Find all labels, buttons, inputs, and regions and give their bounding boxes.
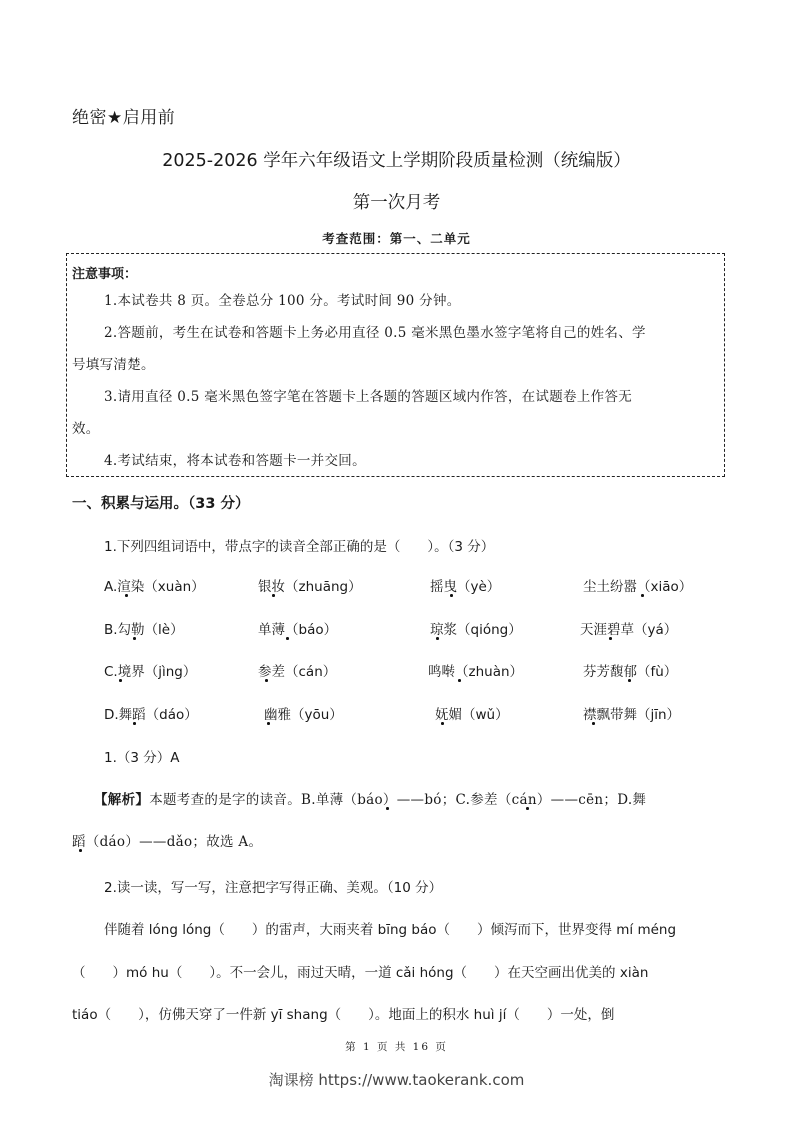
- section-heading: 一、积累与运用。（33 分）: [72, 492, 249, 513]
- emphasis-dot: [265, 679, 268, 682]
- notice-line-3-cont: 效。: [72, 423, 100, 437]
- question-1-answer: 1.（3 分）A: [104, 746, 180, 766]
- emphasis-dot: [441, 722, 444, 725]
- emphasis-dot: [641, 594, 644, 597]
- question-1-stem: 1.下列四组词语中，带点字的读音全部正确的是（ ）。（3 分）: [104, 535, 494, 555]
- emphasis-dot: [79, 849, 82, 852]
- question-2-passage-line-2: （ ）mó hu（ ）。不一会儿，雨过天晴，一道 cǎi hóng（ ）在天空画…: [72, 961, 648, 981]
- option-b-4: 天涯碧草（yá）: [580, 618, 677, 638]
- emphasis-dot: [450, 594, 453, 597]
- notice-box: [66, 253, 725, 477]
- confidential-mark: 绝密★启用前: [72, 103, 175, 128]
- analysis-tag: 【解析】: [94, 792, 149, 808]
- exam-subtitle: 第一次月考: [0, 189, 793, 214]
- emphasis-dot: [272, 594, 275, 597]
- notice-line-2: 2.答题前，考生在试卷和答题卡上务必用直径 0.5 毫米黑色墨水签字笔将自己的姓…: [104, 327, 646, 341]
- notice-line-2-cont: 号填写清楚。: [72, 359, 155, 373]
- watermark: 淘课榜 https://www.taokerank.com: [0, 1069, 793, 1090]
- question-2-passage-line-3: tiáo（ ），仿佛天穿了一件新 yī shang（ ）。地面上的积水 huì …: [72, 1003, 614, 1023]
- question-2-passage-line-1: 伴随着 lóng lóng（ ）的雷声，大雨夹着 bīng báo（ ）倾泻而下…: [104, 918, 676, 938]
- option-a-3: 摇曳（yè）: [430, 575, 500, 595]
- question-1-analysis-line-2: 蹈（dáo）——dǎo；故选 A。: [72, 830, 262, 850]
- notice-line-4: 4.考试结束，将本试卷和答题卡一并交回。: [104, 455, 366, 469]
- question-2-stem: 2.读一读，写一写，注意把字写得正确、美观。（10 分）: [104, 876, 442, 896]
- question-1-analysis-line-1: 【解析】本题考查的是字的读音。B.单薄（báo）——bó；C.参差（cán）——…: [94, 788, 646, 808]
- emphasis-dot: [526, 807, 529, 810]
- option-a-4: 尘土纷嚣（xiāo）: [583, 575, 692, 595]
- emphasis-dot: [119, 679, 122, 682]
- notice-title: 注意事项：: [72, 263, 137, 282]
- emphasis-dot: [609, 637, 612, 640]
- emphasis-dot: [125, 594, 128, 597]
- emphasis-dot: [133, 637, 136, 640]
- emphasis-dot: [267, 722, 270, 725]
- option-c-3: 鸣啭（zhuàn）: [428, 660, 523, 680]
- option-d-4: 襟飘带舞（jīn）: [583, 703, 680, 723]
- option-b-1: B.勾勒（lè）: [104, 618, 184, 638]
- option-a-1: A.渲染（xuàn）: [104, 575, 205, 595]
- exam-title: 2025-2026 学年六年级语文上学期阶段质量检测（统编版）: [0, 147, 793, 172]
- option-c-2: 参差（cán）: [258, 660, 336, 680]
- option-d-3: 妩媚（wǔ）: [435, 703, 509, 723]
- emphasis-dot: [133, 722, 136, 725]
- emphasis-dot: [458, 679, 461, 682]
- exam-scope: 考查范围：第一、二单元: [0, 229, 793, 247]
- emphasis-dot: [286, 637, 289, 640]
- option-a-2: 银妆（zhuāng）: [258, 575, 362, 595]
- page-number: 第 1 页 共 16 页: [0, 1039, 793, 1054]
- analysis-text: 本题考查的是字的读音。B.单薄（báo）——bó；C.参差（cán）——cēn；…: [149, 792, 646, 808]
- option-d-2: 幽雅（yōu）: [264, 703, 343, 723]
- notice-line-3: 3.请用直径 0.5 毫米黑色签字笔在答题卡上各题的答题区域内作答，在试题卷上作…: [104, 391, 632, 405]
- option-c-4: 芬芳馥郁（fù）: [583, 660, 677, 680]
- emphasis-dot: [628, 679, 631, 682]
- notice-line-1: 1.本试卷共 8 页。全卷总分 100 分。考试时间 90 分钟。: [104, 295, 461, 309]
- option-c-1: C.境界（jìng）: [104, 660, 196, 680]
- option-d-1: D.舞蹈（dáo）: [104, 703, 198, 723]
- emphasis-dot: [386, 807, 389, 810]
- option-b-2: 单薄（báo）: [258, 618, 337, 638]
- emphasis-dot: [592, 722, 595, 725]
- emphasis-dot: [436, 637, 439, 640]
- option-b-3: 琼浆（qióng）: [430, 618, 522, 638]
